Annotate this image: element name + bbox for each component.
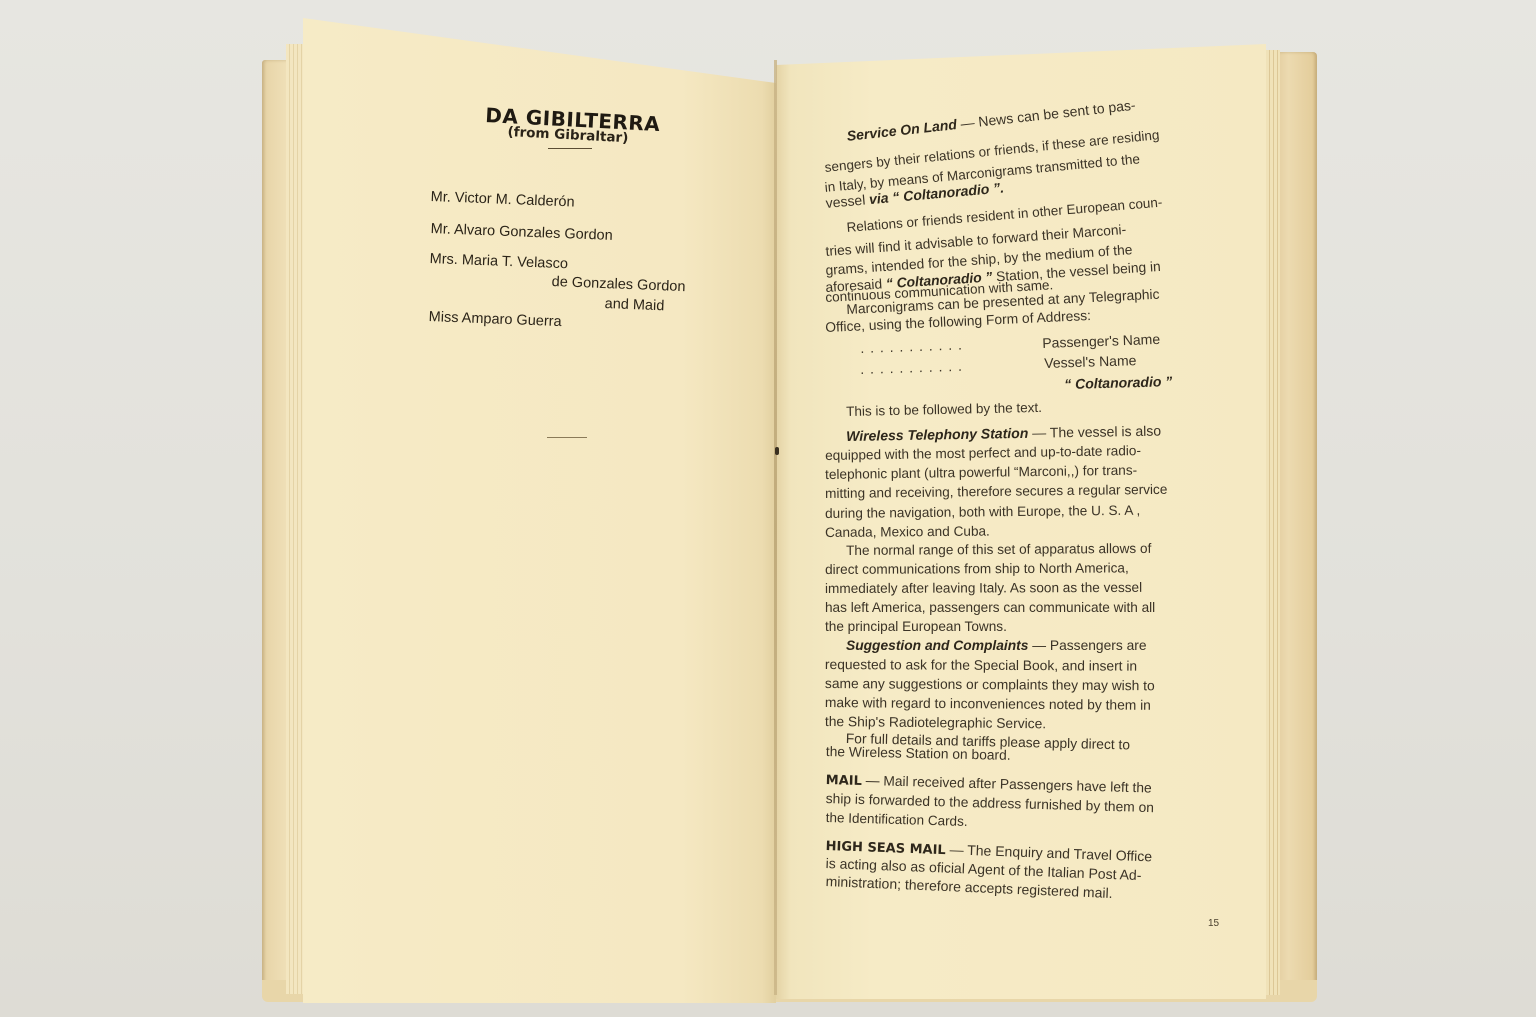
- section-title-mail: MAIL: [826, 773, 863, 789]
- paragraph-line: Canada, Mexico and Cuba.: [825, 524, 990, 540]
- section-title-wireless: Wireless Telephony Station: [846, 425, 1028, 444]
- paragraph-line: same any suggestions or complaints they …: [825, 676, 1155, 693]
- address-station: “ Coltanoradio ”: [1064, 373, 1173, 392]
- paragraph-line: requested to ask for the Special Book, a…: [825, 657, 1137, 674]
- paragraph-line: the Ship's Radiotelegraphic Service.: [825, 714, 1046, 731]
- paragraph-line: Suggestion and Complaints — Passengers a…: [846, 638, 1147, 653]
- left-page: [303, 18, 776, 1003]
- paragraph-line: has left America, passengers can communi…: [825, 600, 1155, 615]
- address-dots: . . . . . . . . . . .: [860, 358, 963, 377]
- paragraph-line: The normal range of this set of apparatu…: [846, 541, 1151, 558]
- paragraph-line: direct communications from ship to North…: [825, 560, 1129, 577]
- paragraph-line: make with regard to inconveniences noted…: [825, 695, 1151, 713]
- page-number: 15: [1208, 918, 1219, 929]
- binding-staple: [775, 447, 779, 455]
- book-gutter: [774, 60, 777, 995]
- section-title-suggestion: Suggestion and Complaints: [846, 638, 1028, 653]
- paragraph-line: immediately after leaving Italy. As soon…: [825, 580, 1142, 596]
- paragraph-line: the principal European Towns.: [825, 619, 1007, 634]
- address-vessel-name: Vessel's Name: [1044, 352, 1137, 371]
